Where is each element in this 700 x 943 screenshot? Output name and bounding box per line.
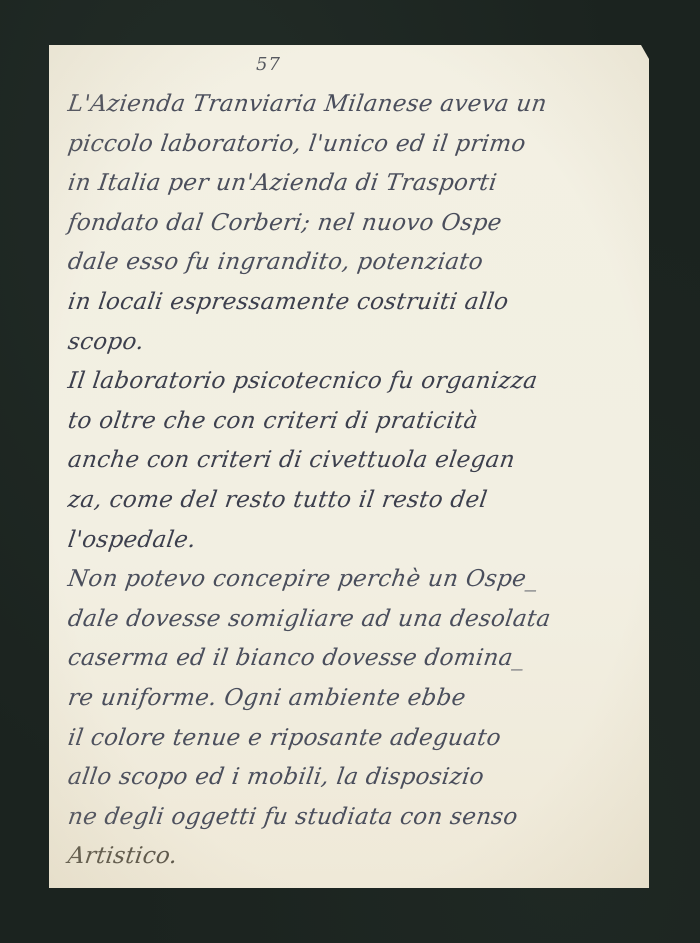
text-line: Artistico.: [65, 837, 641, 877]
text-line: caserma ed il bianco dovesse domina_: [65, 639, 641, 679]
text-line: dale esso fu ingrandito, potenziato: [65, 243, 641, 283]
text-line: to oltre che con criteri di praticità: [65, 402, 641, 442]
page-number: 57: [256, 54, 281, 75]
handwritten-text-body: L'Azienda Tranviaria Milanese aveva un p…: [68, 85, 638, 877]
text-line: allo scopo ed i mobili, la disposizio: [65, 758, 641, 798]
text-line: piccolo laboratorio, l'unico ed il primo: [65, 125, 641, 165]
text-line: re uniforme. Ogni ambiente ebbe: [65, 679, 641, 719]
text-line: dale dovesse somigliare ad una desolata: [65, 600, 641, 640]
text-line: za, come del resto tutto il resto del: [65, 481, 641, 521]
text-line: scopo.: [65, 323, 641, 363]
manuscript-page: 57 L'Azienda Tranviaria Milanese aveva u…: [49, 45, 649, 888]
text-line: anche con criteri di civettuola elegan: [65, 441, 641, 481]
text-line: in Italia per un'Azienda di Trasporti: [65, 164, 641, 204]
text-line: il colore tenue e riposante adeguato: [65, 719, 641, 759]
text-line: l'ospedale.: [65, 521, 641, 561]
text-line: ne degli oggetti fu studiata con senso: [65, 798, 641, 838]
text-line: fondato dal Corberi; nel nuovo Ospe: [65, 204, 641, 244]
text-line: Il laboratorio psicotecnico fu organizza: [65, 362, 641, 402]
text-line: L'Azienda Tranviaria Milanese aveva un: [65, 85, 641, 125]
text-line: Non potevo concepire perchè un Ospe_: [65, 560, 641, 600]
text-line: in locali espressamente costruiti allo: [65, 283, 641, 323]
